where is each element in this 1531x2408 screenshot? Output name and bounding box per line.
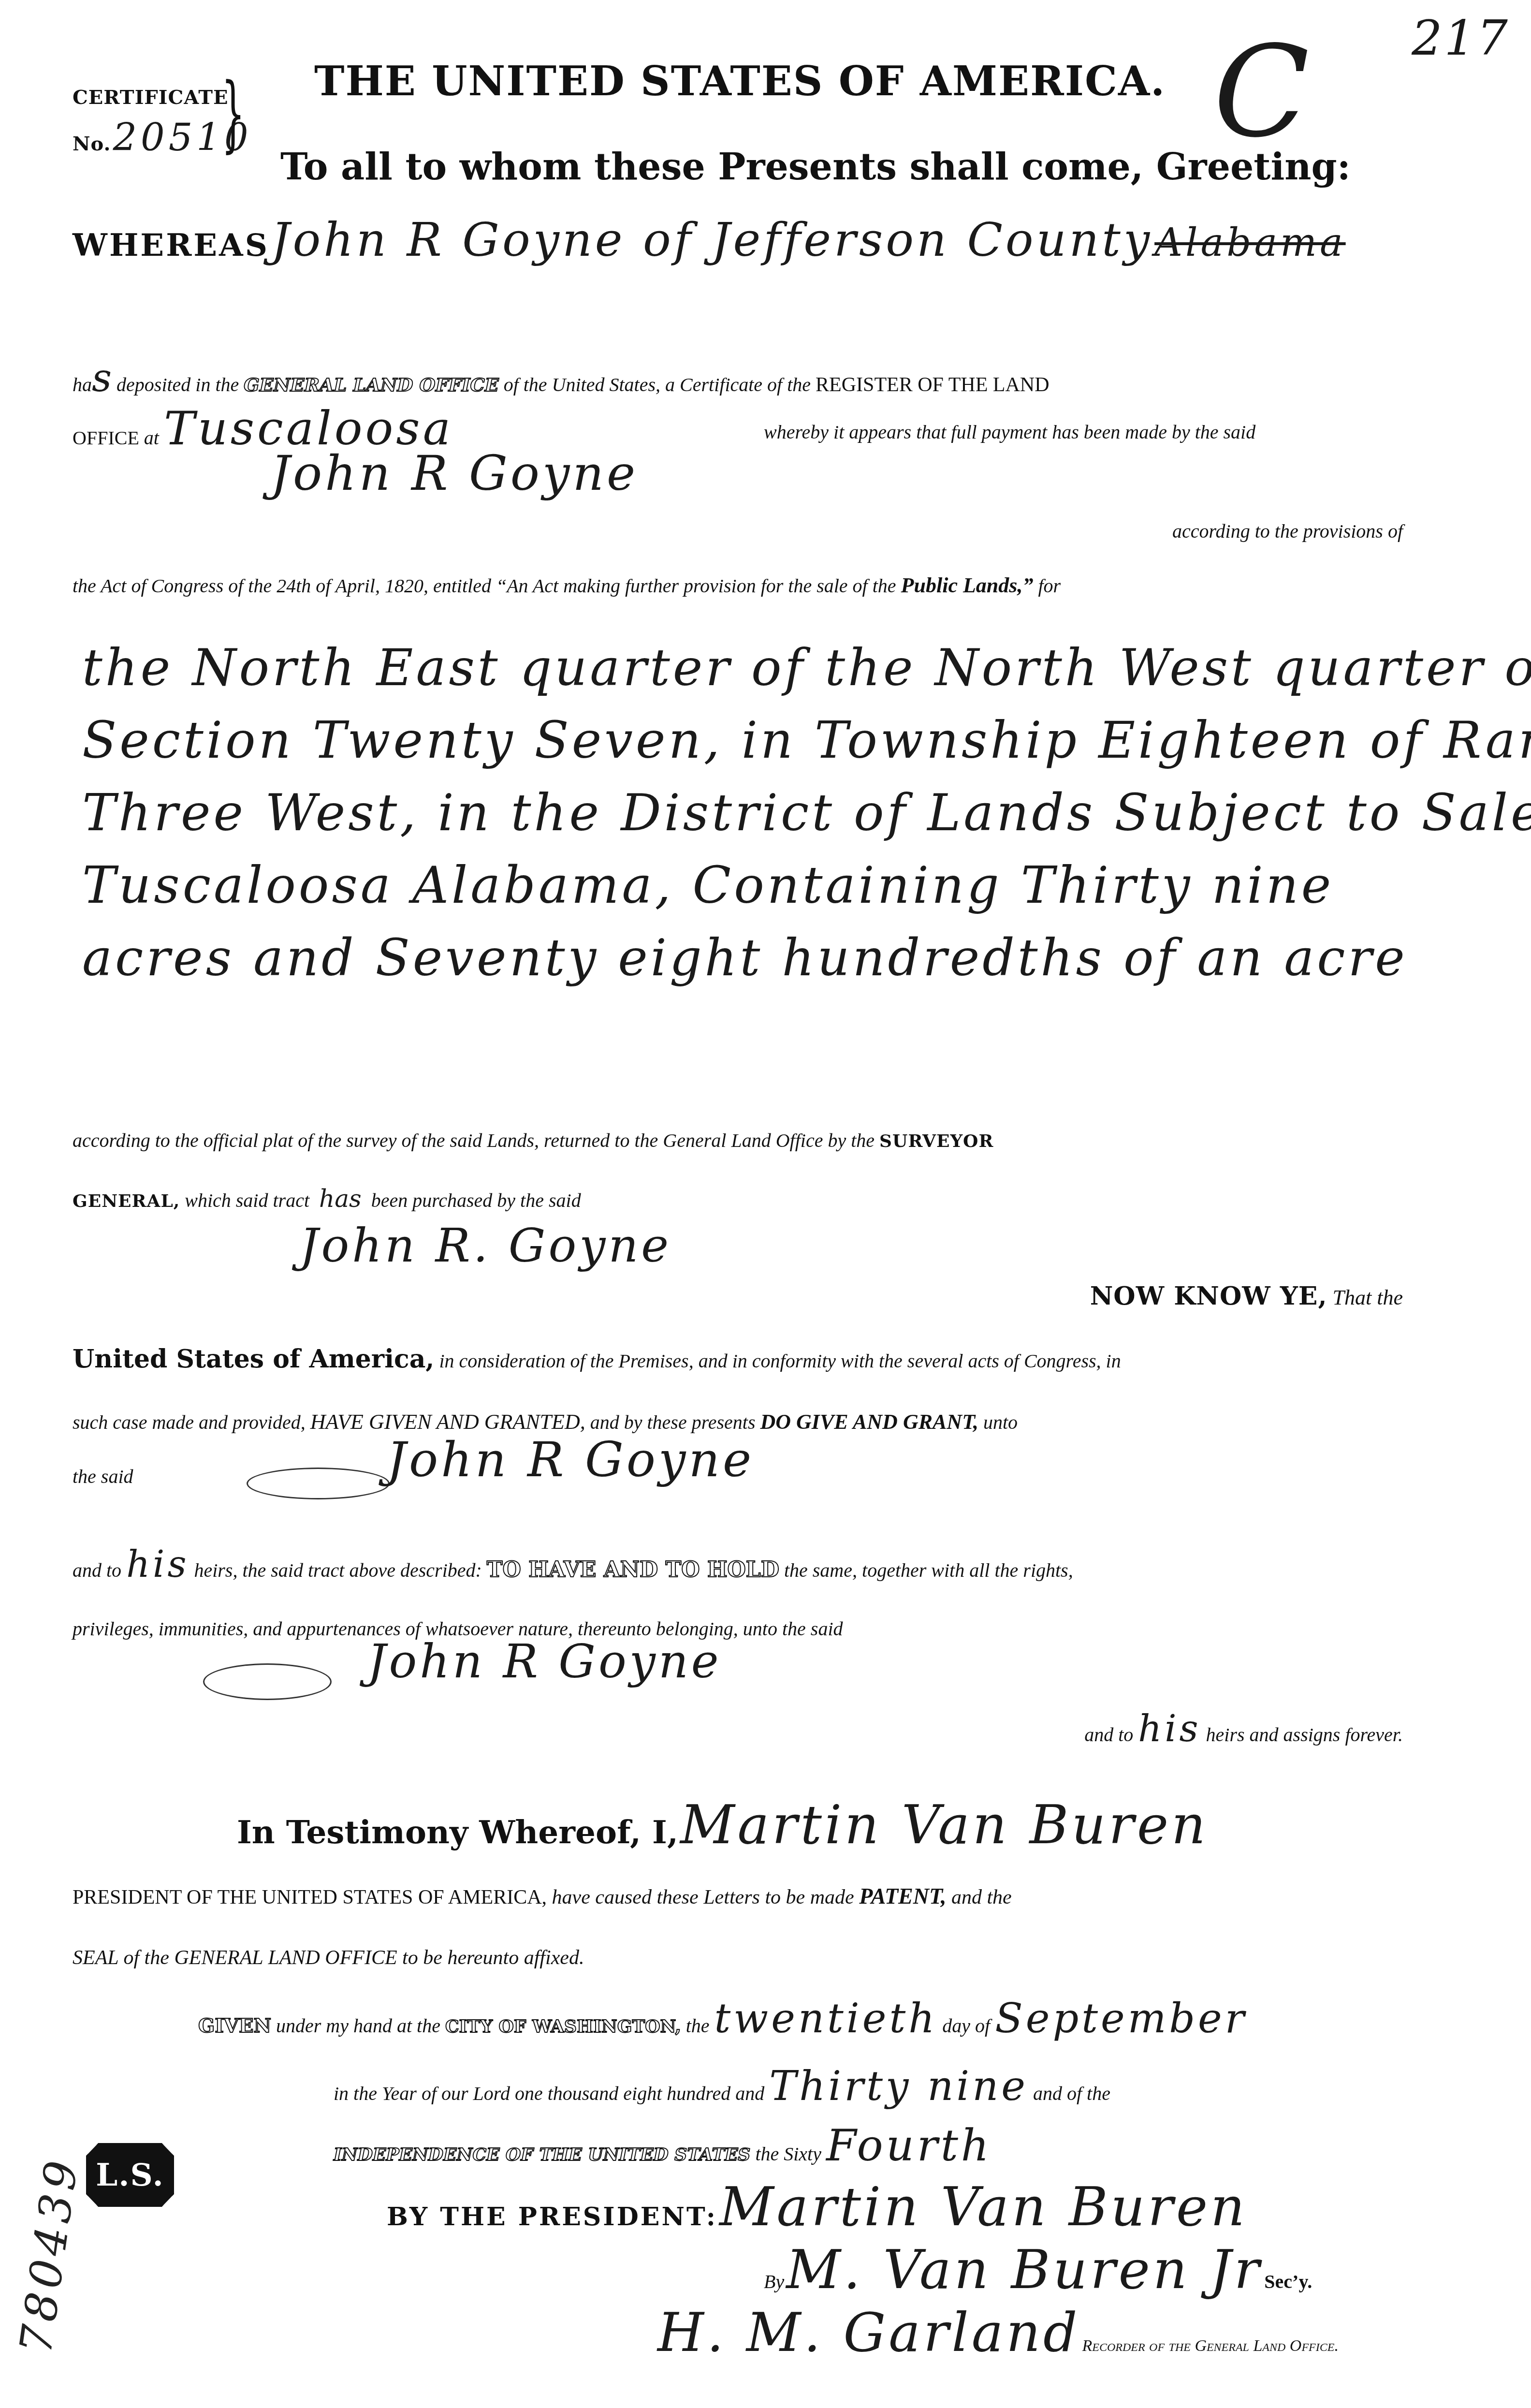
independence-line: INDEPENDENCE OF THE UNITED STATES the Si… bbox=[334, 2120, 992, 2171]
document-title: THE UNITED STATES OF AMERICA. bbox=[314, 57, 1166, 105]
grantee-name-county: John R Goyne of Jefferson County bbox=[271, 213, 1152, 267]
according-text: according to the provisions of bbox=[1172, 520, 1403, 543]
now-know-ye-line: NOW KNOW YE, That the bbox=[1090, 1281, 1403, 1311]
flourish-icon bbox=[203, 1663, 332, 1700]
greeting: To all to whom these Presents shall come… bbox=[280, 145, 1351, 188]
certificate-brace-icon: } bbox=[221, 73, 245, 155]
year-hand: Thirty nine bbox=[769, 2062, 1028, 2110]
land-description-line: acres and Seventy eight hundredths of an… bbox=[82, 928, 1408, 987]
general-land-office-label: GENERAL LAND OFFICE bbox=[244, 374, 498, 396]
seal-line: SEAL of the GENERAL LAND OFFICE to be he… bbox=[73, 1946, 584, 1969]
grantee-name-2: John R Goyne bbox=[367, 1634, 722, 1689]
payer-name: John R Goyne bbox=[271, 445, 638, 501]
to-have-and-to-hold: TO HAVE AND TO HOLD bbox=[487, 1557, 779, 1582]
survey-line: according to the official plat of the su… bbox=[73, 1129, 993, 1152]
deposit-line: has deposited in the GENERAL LAND OFFICE… bbox=[73, 355, 1049, 400]
day-hand: twentieth bbox=[714, 1995, 938, 2042]
consideration-line: United States of America, in considerati… bbox=[73, 1344, 1121, 1374]
the-said-label: the said bbox=[73, 1465, 133, 1488]
corner-mark: C bbox=[1213, 19, 1310, 165]
whereby-text: whereby it appears that full payment has… bbox=[764, 421, 1255, 443]
seal-ls-icon: L.S. bbox=[86, 2143, 174, 2207]
flourish-icon bbox=[247, 1468, 390, 1499]
month-hand: September bbox=[995, 1995, 1247, 2042]
certificate-no-label: No. bbox=[73, 132, 111, 155]
recorder-signature: H. M. Garland bbox=[657, 2302, 1080, 2364]
land-description-line: Section Twenty Seven, in Township Eighte… bbox=[82, 711, 1531, 770]
president-line: PRESIDENT OF THE UNITED STATES OF AMERIC… bbox=[73, 1883, 1012, 1909]
forever-line: and to his heirs and assigns forever. bbox=[1084, 1707, 1403, 1750]
margin-number: 780439 bbox=[10, 2153, 88, 2357]
heirs-line: and to his heirs, the said tract above d… bbox=[73, 1542, 1073, 1586]
whereas-label: WHEREAS bbox=[73, 227, 269, 264]
certificate-label: CERTIFICATE bbox=[73, 86, 228, 109]
whereas-line: WHEREAS John R Goyne of Jefferson County… bbox=[73, 213, 1346, 267]
has-hand: s bbox=[92, 355, 112, 400]
year-line: in the Year of our Lord one thousand eig… bbox=[334, 2062, 1110, 2110]
grantee-name: John R Goyne bbox=[387, 1431, 754, 1488]
land-description-line: Three West, in the District of Lands Sub… bbox=[82, 783, 1531, 842]
ordinal-hand: Fourth bbox=[826, 2120, 992, 2171]
recorder-line: H. M. Garland Recorder of the General La… bbox=[657, 2302, 1339, 2364]
testimony-line: In Testimony Whereof, I, Martin Van Bure… bbox=[237, 1794, 1209, 1856]
act-line: the Act of Congress of the 24th of April… bbox=[73, 573, 1061, 598]
secretary-signature: M. Van Buren Jr bbox=[786, 2239, 1262, 2301]
by-president-line: BY THE PRESIDENT: Martin Van Buren bbox=[387, 2176, 1248, 2238]
grant-line: such case made and provided, HAVE GIVEN … bbox=[73, 1410, 1018, 1434]
general-line: GENERAL, which said tract has been purch… bbox=[73, 1185, 581, 1213]
page-number: 217 bbox=[1412, 10, 1510, 66]
land-description-line: the North East quarter of the North West… bbox=[82, 638, 1531, 697]
secretary-line: By M. Van Buren Jr Sec’y. bbox=[764, 2239, 1312, 2301]
purchaser-name: John R. Goyne bbox=[300, 1219, 671, 1273]
president-signature: Martin Van Buren bbox=[719, 2176, 1248, 2238]
struck-state: Alabama bbox=[1154, 220, 1346, 265]
land-description-line: Tuscaloosa Alabama, Containing Thirty ni… bbox=[82, 856, 1334, 915]
given-line: GIVEN under my hand at the CITY OF WASHI… bbox=[198, 1995, 1247, 2042]
president-name-hand: Martin Van Buren bbox=[680, 1794, 1209, 1856]
